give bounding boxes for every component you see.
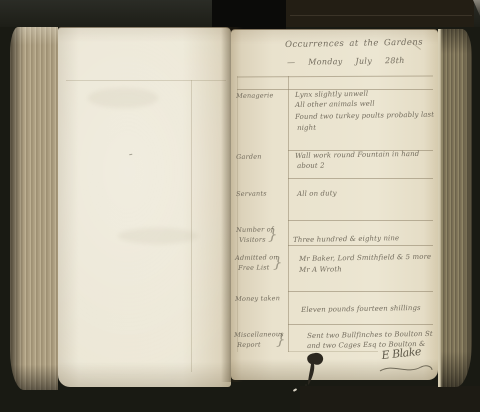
date-line: — Monday July 28th xyxy=(287,56,405,67)
entry-text: Mr Baker, Lord Smithfield & 5 more xyxy=(299,253,431,263)
signature-flourish xyxy=(377,360,435,376)
row-label: Servants xyxy=(236,189,267,198)
table-rule xyxy=(288,178,433,179)
entry-text: All other animals well xyxy=(295,100,375,109)
left-page-rule-horizontal xyxy=(66,80,226,81)
table-left-border xyxy=(237,76,238,352)
row-label: Garden xyxy=(236,153,262,161)
background-top-right-band xyxy=(286,0,474,27)
left-page-rule-vertical xyxy=(191,80,192,372)
row-label: Admitted on xyxy=(235,253,278,262)
photo-background: Occurrences at the Gardens — Monday July… xyxy=(0,0,480,412)
label-brace: } xyxy=(276,330,286,348)
right-fore-edge-pages xyxy=(438,29,472,387)
entry-text: Eleven pounds fourteen shillings xyxy=(301,304,421,314)
right-page: Occurrences at the Gardens — Monday July… xyxy=(231,29,438,380)
background-seam-line xyxy=(290,15,472,16)
entry-text: about 2 xyxy=(297,162,325,170)
table-rule xyxy=(288,291,433,292)
entry-text: All on duty xyxy=(297,189,337,198)
bleed-through-smudge xyxy=(88,88,158,108)
label-brace: } xyxy=(273,253,283,271)
row-label: Visitors xyxy=(239,236,266,244)
entry-text: night xyxy=(297,124,316,132)
entry-text: Wall work round Fountain in hand xyxy=(295,150,419,160)
ink-blot xyxy=(301,352,325,386)
entry-text: Three hundred & eighty nine xyxy=(293,234,399,244)
row-label: Money taken xyxy=(235,294,280,303)
entry-text: Mr A Wroth xyxy=(299,265,342,274)
stray-ink-mark xyxy=(129,151,133,155)
page-title: Occurrences at the Gardens xyxy=(285,38,423,50)
label-brace: } xyxy=(268,225,278,243)
background-bottom-right-band xyxy=(300,386,480,412)
table-rule xyxy=(288,245,433,246)
left-page xyxy=(58,27,231,387)
left-fore-edge-pages xyxy=(10,27,58,390)
entry-text: Found two turkey poults probably last xyxy=(295,111,434,121)
table-rule xyxy=(288,324,433,325)
header-rule xyxy=(237,75,433,77)
dust-speck xyxy=(293,388,297,392)
row-label: Menagerie xyxy=(236,91,274,100)
row-label: Report xyxy=(237,341,261,349)
entry-text: Lynx slightly unwell xyxy=(295,90,368,99)
entry-text: Sent two Bullfinches to Boulton St xyxy=(307,330,433,340)
table-column-divider xyxy=(288,76,289,352)
table-rule xyxy=(288,220,433,221)
bleed-through-smudge xyxy=(118,228,198,244)
row-label: Free List xyxy=(238,263,270,272)
